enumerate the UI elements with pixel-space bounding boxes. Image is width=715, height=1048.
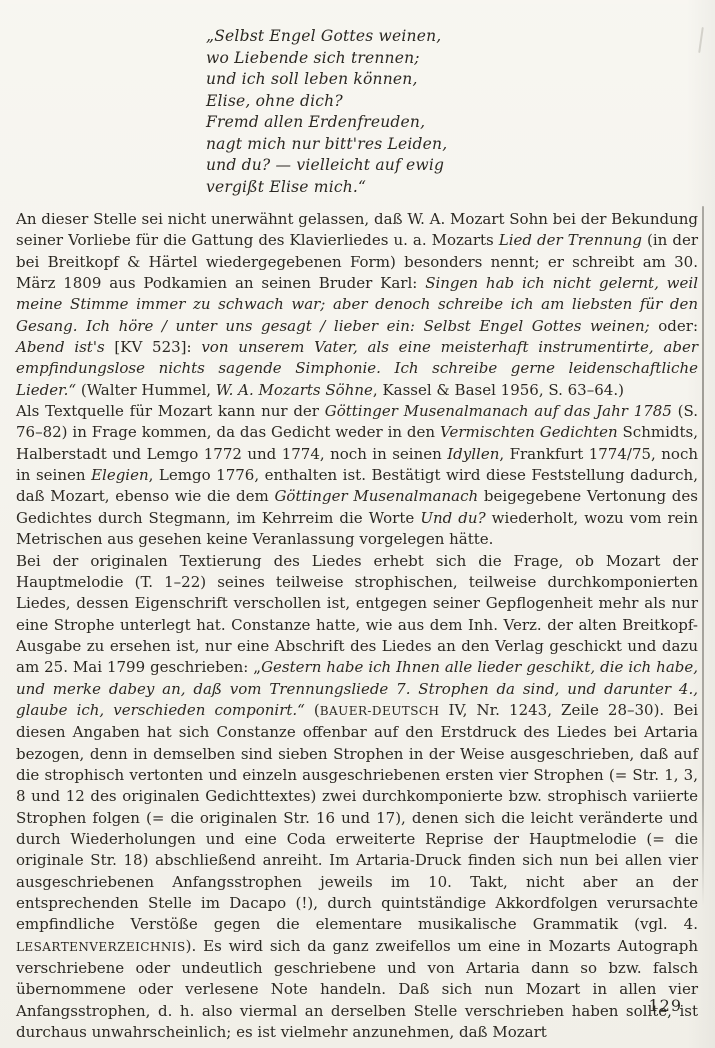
poem-line: Elise, ohne dich? [206, 91, 447, 113]
book-page: „Selbst Engel Gottes weinen,wo Liebende … [0, 0, 715, 1048]
main-text-block: An dieser Stelle sei nicht unerwähnt gel… [16, 209, 698, 1043]
poem-quote: „Selbst Engel Gottes weinen,wo Liebende … [206, 26, 447, 198]
text-run: [KV 523]: [114, 338, 201, 356]
text-run: Göttinger Musenalmanach auf das Jahr 178… [325, 402, 672, 420]
poem-line: Fremd allen Erdenfreuden, [206, 112, 447, 134]
poem-line: und ich soll leben können, [206, 69, 447, 91]
poem-line: und du? — vielleicht auf ewig [206, 155, 447, 177]
paragraph-textquelle: Als Textquelle für Mozart kann nur der G… [16, 401, 698, 550]
poem-line: vergißt Elise mich.“ [206, 177, 447, 199]
page-number: 129 [648, 996, 682, 1015]
paragraph-mozart-sohn: An dieser Stelle sei nicht unerwähnt gel… [16, 209, 698, 401]
text-run: Idyllen [447, 445, 499, 463]
poem-line: wo Liebende sich trennen; [206, 48, 447, 70]
text-run: IV, Nr. 1243, Zeile 28–30). Bei diesen A… [16, 701, 698, 933]
paragraph-textierung: Bei der originalen Textierung des Liedes… [16, 551, 698, 1044]
poem-line: „Selbst Engel Gottes weinen, [206, 26, 447, 48]
scan-edge-artifact [702, 206, 704, 906]
text-run: (Walter Hummel, [76, 381, 216, 399]
text-run: Elegien [91, 466, 149, 484]
text-run: , Kassel & Basel 1956, S. 63–64.) [373, 381, 624, 399]
poem-line: nagt mich nur bitt'res Leiden, [206, 134, 447, 156]
text-run: W. A. Mozarts Söhne [216, 381, 373, 399]
text-run: Als Textquelle für Mozart kann nur der [16, 402, 325, 420]
text-run: Abend ist's [16, 338, 114, 356]
scan-speck-artifact [698, 27, 704, 53]
text-run: ( [305, 701, 320, 719]
text-run: Lied der Trennung [499, 231, 642, 249]
text-run: LESARTENVERZEICHNIS [16, 940, 186, 954]
text-run: Und du? [420, 509, 485, 527]
text-run: oder: [658, 317, 698, 335]
text-run: BAUER-DEUTSCH [320, 704, 440, 718]
text-run: Vermischten Gedichten [440, 423, 618, 441]
text-run: Göttinger Musenalmanach [274, 487, 478, 505]
